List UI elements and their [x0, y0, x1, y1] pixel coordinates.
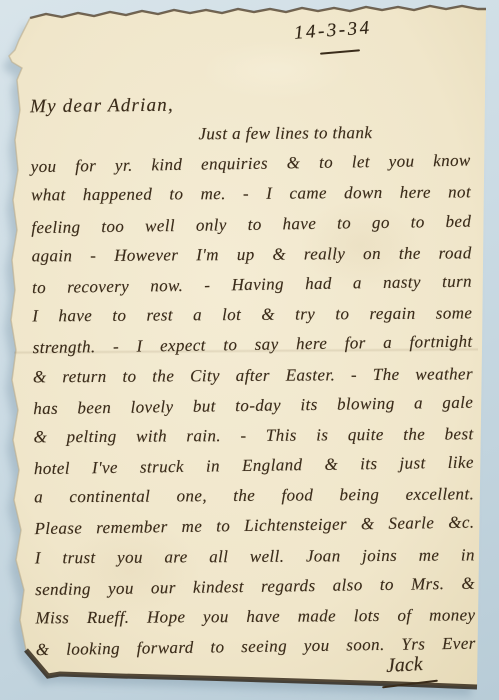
letter-line: has been lovely but to-day its blowing a…	[33, 392, 473, 429]
letter-body: My dear Adrian, Just a few lines to than…	[30, 92, 476, 670]
letter-line: feeling too well only to have to go to b…	[31, 211, 471, 248]
letter-line: sending you our kindest regards also to …	[35, 573, 475, 610]
letter-line: again - However I'm up & really on the r…	[32, 243, 472, 276]
letter-line: I trust you are all well. Joan joins me …	[35, 545, 475, 578]
salutation: My dear Adrian,	[30, 92, 470, 127]
letter-photo: 14-3-34 My dear Adrian, Just a few lines…	[0, 0, 499, 700]
letter-line: to recovery now. - Having had a nasty tu…	[32, 272, 472, 309]
letter-line: & pelting with rain. - This is quite the…	[34, 424, 474, 457]
letter-line: Please remember me to Lichtensteiger & S…	[34, 513, 474, 550]
letter-line: & return to the City after Easter. - The…	[33, 364, 473, 397]
letter-line: strength. - I expect to say here for a f…	[32, 332, 472, 369]
letter-line: what happened to me. - I came down here …	[31, 183, 471, 216]
signature: Jack	[385, 653, 423, 678]
